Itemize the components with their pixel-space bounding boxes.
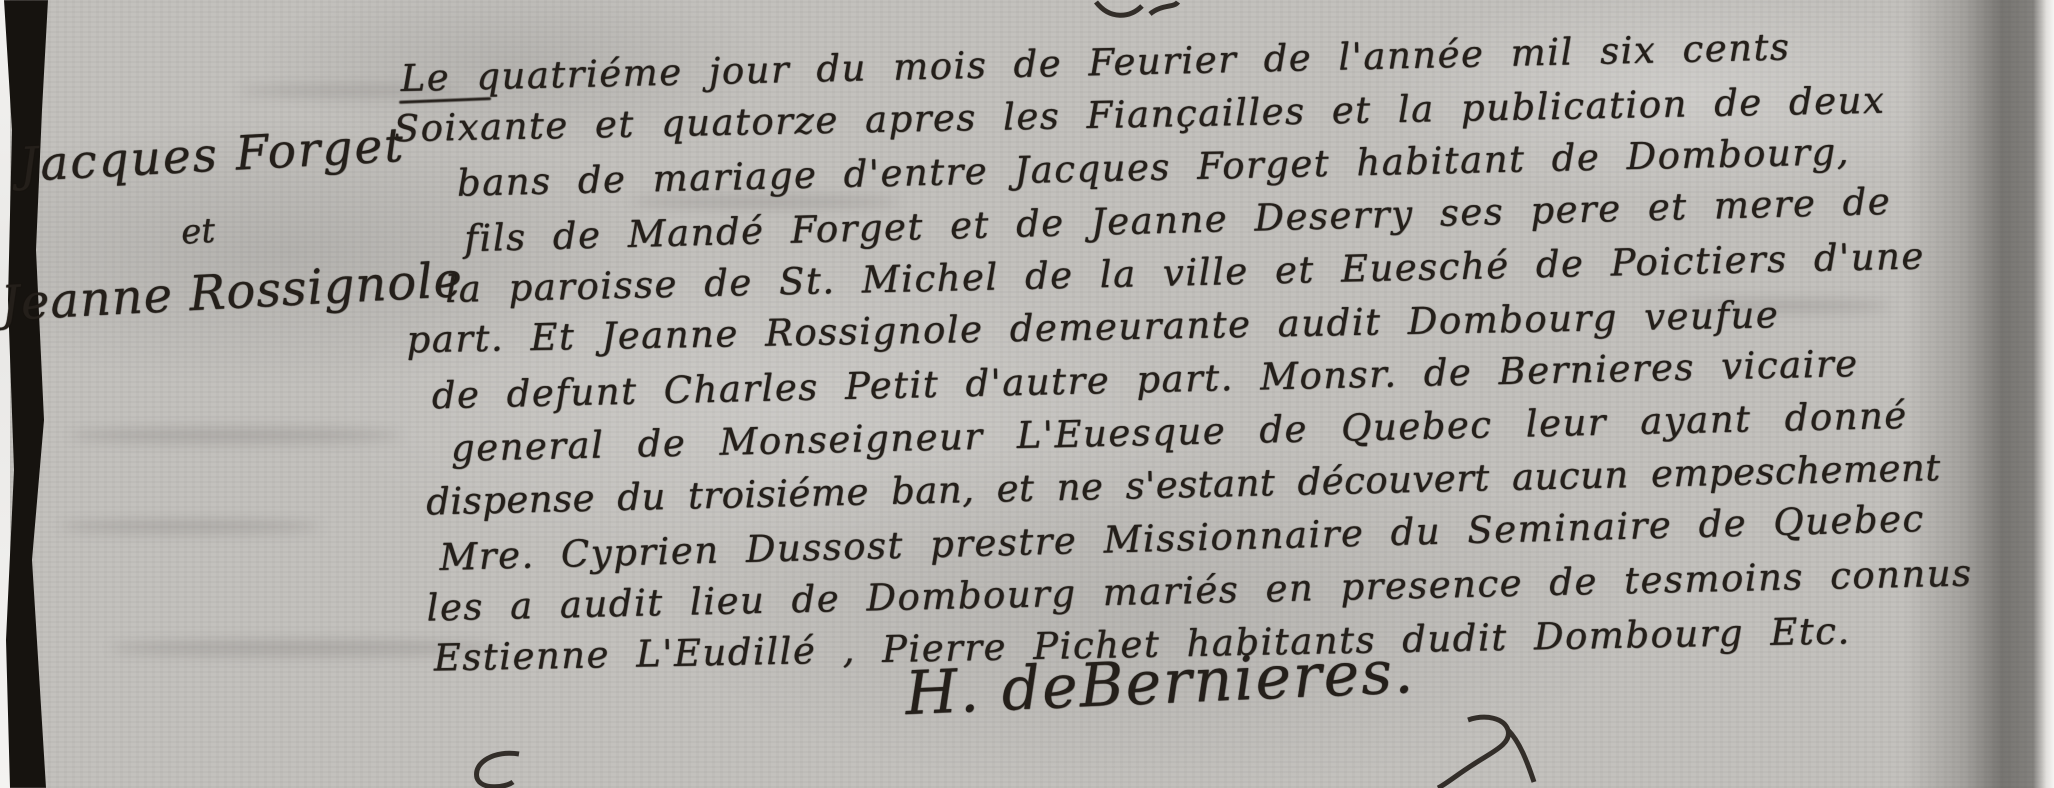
act-body-lines: Le quatriéme jour du mois de Feurier de … [398,15,2032,688]
margin-note: Jacques Forget et Jeanne Rossignole [18,118,408,331]
bleedthrough-smudge [60,520,320,533]
bottom-right-partial-flourish [1408,712,1538,788]
bottom-left-partial-letter [455,748,535,788]
act-body: Le quatriéme jour du mois de Feurier de … [398,15,2032,688]
bleedthrough-smudge [70,428,400,443]
manuscript-page: Jacques Forget et Jeanne Rossignole Le q… [0,0,2054,788]
top-edge-partial-stroke [1090,0,1180,22]
margin-conjunction: et [22,201,404,261]
